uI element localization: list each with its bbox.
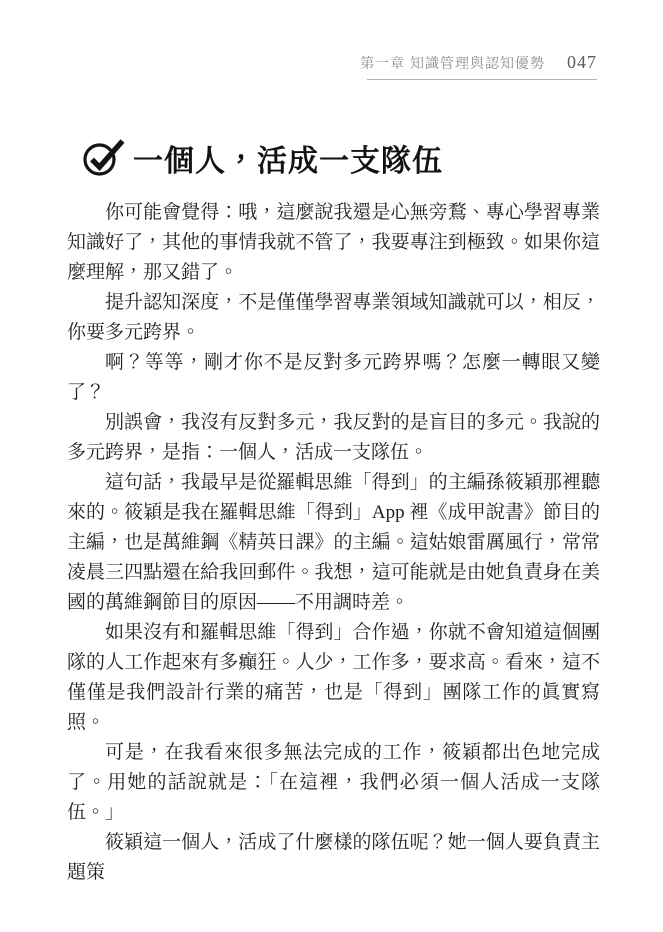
chapter-title: 第一章 知識管理與認知優勢: [360, 53, 545, 73]
page-number: 047: [567, 52, 597, 73]
paragraph: 可是，在我看來很多無法完成的工作，筱穎都出色地完成了。用她的話說就是：「在這裡，…: [67, 738, 600, 828]
section-title: 一個人，活成一支隊伍: [133, 136, 443, 180]
page-header: 第一章 知識管理與認知優勢 047: [367, 52, 597, 80]
paragraph: 別誤會，我沒有反對多元，我反對的是盲目的多元。我說的多元跨界，是指：一個人，活成…: [67, 408, 600, 468]
paragraph: 啊？等等，剛才你不是反對多元跨界嗎？怎麼一轉眼又變了？: [67, 348, 600, 408]
paragraph: 提升認知深度，不是僅僅學習專業領域知識就可以，相反，你要多元跨界。: [67, 288, 600, 348]
paragraph: 如果沒有和羅輯思維「得到」合作過，你就不會知道這個團隊的人工作起來有多癲狂。人少…: [67, 618, 600, 738]
paragraph: 筱穎這一個人，活成了什麼樣的隊伍呢？她一個人要負責主題策: [67, 828, 600, 888]
paragraph: 這句話，我最早是從羅輯思維「得到」的主編孫筱穎那裡聽來的。筱穎是我在羅輯思維「得…: [67, 468, 600, 618]
section-heading: 一個人，活成一支隊伍: [82, 136, 443, 180]
paragraph: 你可能會覺得：哦，這麼說我還是心無旁鶩、專心學習專業知識好了，其他的事情我就不管…: [67, 198, 600, 288]
check-circle-icon: [82, 137, 126, 179]
book-page: 第一章 知識管理與認知優勢 047 一個人，活成一支隊伍 你可能會覺得：哦，這麼…: [0, 0, 663, 932]
body-text: 你可能會覺得：哦，這麼說我還是心無旁鶩、專心學習專業知識好了，其他的事情我就不管…: [67, 198, 600, 888]
